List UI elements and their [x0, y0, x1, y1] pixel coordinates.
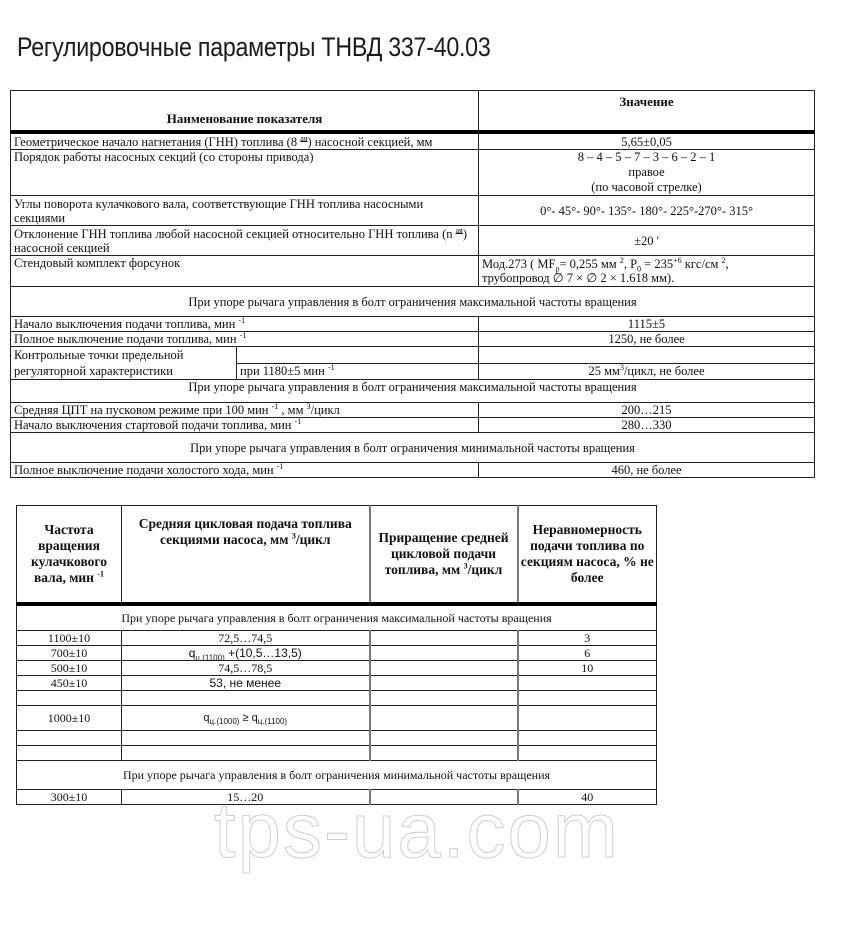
section-title: При упоре рычага управления в болт огран…	[11, 433, 815, 463]
table-row: 1000±10 qц.(1000) ≥ qц.(1100)	[17, 706, 657, 731]
table-row: Полное выключение подачи топлива, мин -1…	[11, 332, 815, 347]
frequency-cell	[17, 746, 122, 761]
frequency-cell: 700±10	[17, 646, 122, 661]
increment-cell	[370, 676, 518, 691]
frequency-cell: 1000±10	[17, 706, 122, 731]
frequency-cell: 1100±10	[17, 631, 122, 646]
fuel-supply-table: Частота вращения кулачкового вала, мин -…	[16, 505, 657, 805]
section-title: При упоре рычага управления в болт огран…	[11, 380, 815, 403]
param-name: Геометрическое начало нагнетания (ГНН) т…	[11, 132, 479, 150]
param-value: 200…215	[479, 403, 815, 418]
param-name: Углы поворота кулачкового вала, соответс…	[11, 196, 479, 226]
frequency-cell: 450±10	[17, 676, 122, 691]
section-header-row: При упоре рычага управления в болт огран…	[11, 380, 815, 403]
table-row: Отклонение ГНН топлива любой насосной се…	[11, 226, 815, 256]
adjustment-parameters-table: Наименование показателя Значение Геометр…	[10, 90, 815, 478]
table-row: Начало выключения стартовой подачи топли…	[11, 418, 815, 433]
supply-cell: 53, не менее	[122, 676, 370, 691]
increment-cell	[370, 691, 518, 706]
param-name: Начало выключения стартовой подачи топли…	[11, 418, 479, 433]
header-value: Значение	[479, 91, 815, 133]
section-header-row: При упоре рычага управления в болт огран…	[11, 433, 815, 463]
table-header-row: Частота вращения кулачкового вала, мин -…	[17, 506, 657, 605]
increment-cell	[370, 631, 518, 646]
param-value: 1115±5	[479, 317, 815, 332]
header-nonuniformity: Неравномерность подачи топлива по секция…	[518, 506, 657, 605]
control-points-value: 25 мм3/цикл, не более	[479, 363, 815, 380]
empty-cell	[237, 347, 479, 364]
nonuniformity-cell	[518, 706, 657, 731]
param-name: Полное выключение подачи холостого хода,…	[11, 463, 479, 478]
table-row	[17, 746, 657, 761]
section-header-row: При упоре рычага управления в болт огран…	[11, 287, 815, 317]
param-value: Мод.273 ( MFр= 0,255 мм 2, P0 = 235+6 кг…	[479, 256, 815, 287]
param-value: 8 – 4 – 5 – 7 – 3 – 6 – 2 – 1 правое (по…	[479, 150, 815, 196]
increment-cell	[370, 746, 518, 761]
frequency-cell: 500±10	[17, 661, 122, 676]
header-supply: Средняя цикловая подача топлива секциями…	[122, 506, 370, 605]
supply-cell	[122, 746, 370, 761]
table-row	[17, 691, 657, 706]
increment-cell	[370, 661, 518, 676]
increment-cell	[370, 731, 518, 746]
frequency-cell	[17, 691, 122, 706]
nonuniformity-cell: 10	[518, 661, 657, 676]
frequency-cell: 300±10	[17, 790, 122, 805]
supply-cell: 72,5…74,5	[122, 631, 370, 646]
control-points-condition: при 1180±5 мин -1	[237, 363, 479, 380]
table-header-row: Наименование показателя Значение	[11, 91, 815, 133]
watermark: tps-ua.com	[214, 785, 620, 876]
increment-cell	[370, 646, 518, 661]
frequency-cell	[17, 731, 122, 746]
table-row: 700±10 qц.(1100) +(10,5…13,5) 6	[17, 646, 657, 661]
supply-cell: 74,5…78,5	[122, 661, 370, 676]
nonuniformity-cell	[518, 676, 657, 691]
supply-cell	[122, 731, 370, 746]
supply-cell: qц.(1000) ≥ qц.(1100)	[122, 706, 370, 731]
table-row: 1100±10 72,5…74,5 3	[17, 631, 657, 646]
param-name: Отклонение ГНН топлива любой насосной се…	[11, 226, 479, 256]
param-name: Средняя ЦПТ на пусковом режиме при 100 м…	[11, 403, 479, 418]
param-value: 1250, не более	[479, 332, 815, 347]
supply-cell	[122, 691, 370, 706]
header-increment: Приращение средней цикловой подачи топли…	[370, 506, 518, 605]
control-points-label: Контрольные точки предельной регуляторно…	[11, 347, 237, 380]
param-value: ±20 '	[479, 226, 815, 256]
table-row: Углы поворота кулачкового вала, соответс…	[11, 196, 815, 226]
param-value: 460, не более	[479, 463, 815, 478]
nonuniformity-cell	[518, 731, 657, 746]
param-name: Полное выключение подачи топлива, мин -1	[11, 332, 479, 347]
nonuniformity-cell: 6	[518, 646, 657, 661]
nonuniformity-cell	[518, 746, 657, 761]
table-row: Средняя ЦПТ на пусковом режиме при 100 м…	[11, 403, 815, 418]
section-title: При упоре рычага управления в болт огран…	[17, 604, 657, 631]
table-row: Порядок работы насосных секций (со сторо…	[11, 150, 815, 196]
param-name: Стендовый комплект форсунок	[11, 256, 479, 287]
table-row: 450±10 53, не менее	[17, 676, 657, 691]
increment-cell	[370, 706, 518, 731]
param-value: 0°- 45°- 90°- 135°- 180°- 225°-270°- 315…	[479, 196, 815, 226]
table-row: Полное выключение подачи холостого хода,…	[11, 463, 815, 478]
empty-cell	[479, 347, 815, 364]
header-frequency: Частота вращения кулачкового вала, мин -…	[17, 506, 122, 605]
section-title: При упоре рычага управления в болт огран…	[11, 287, 815, 317]
table-row: 500±10 74,5…78,5 10	[17, 661, 657, 676]
table-row	[17, 731, 657, 746]
nonuniformity-cell: 3	[518, 631, 657, 646]
param-value: 280…330	[479, 418, 815, 433]
param-name: Начало выключения подачи топлива, мин -1	[11, 317, 479, 332]
param-value: 5,65±0,05	[479, 132, 815, 150]
param-name: Порядок работы насосных секций (со сторо…	[11, 150, 479, 196]
table-row: Начало выключения подачи топлива, мин -1…	[11, 317, 815, 332]
nonuniformity-cell	[518, 691, 657, 706]
table-row: Геометрическое начало нагнетания (ГНН) т…	[11, 132, 815, 150]
table-row: Стендовый комплект форсунок Мод.273 ( MF…	[11, 256, 815, 287]
supply-cell: qц.(1100) +(10,5…13,5)	[122, 646, 370, 661]
header-parameter-name: Наименование показателя	[11, 91, 479, 133]
page-title: Регулировочные параметры ТНВД 337-40.03	[17, 32, 490, 63]
section-header-row: При упоре рычага управления в болт огран…	[17, 604, 657, 631]
table-row: Контрольные точки предельной регуляторно…	[11, 347, 815, 364]
